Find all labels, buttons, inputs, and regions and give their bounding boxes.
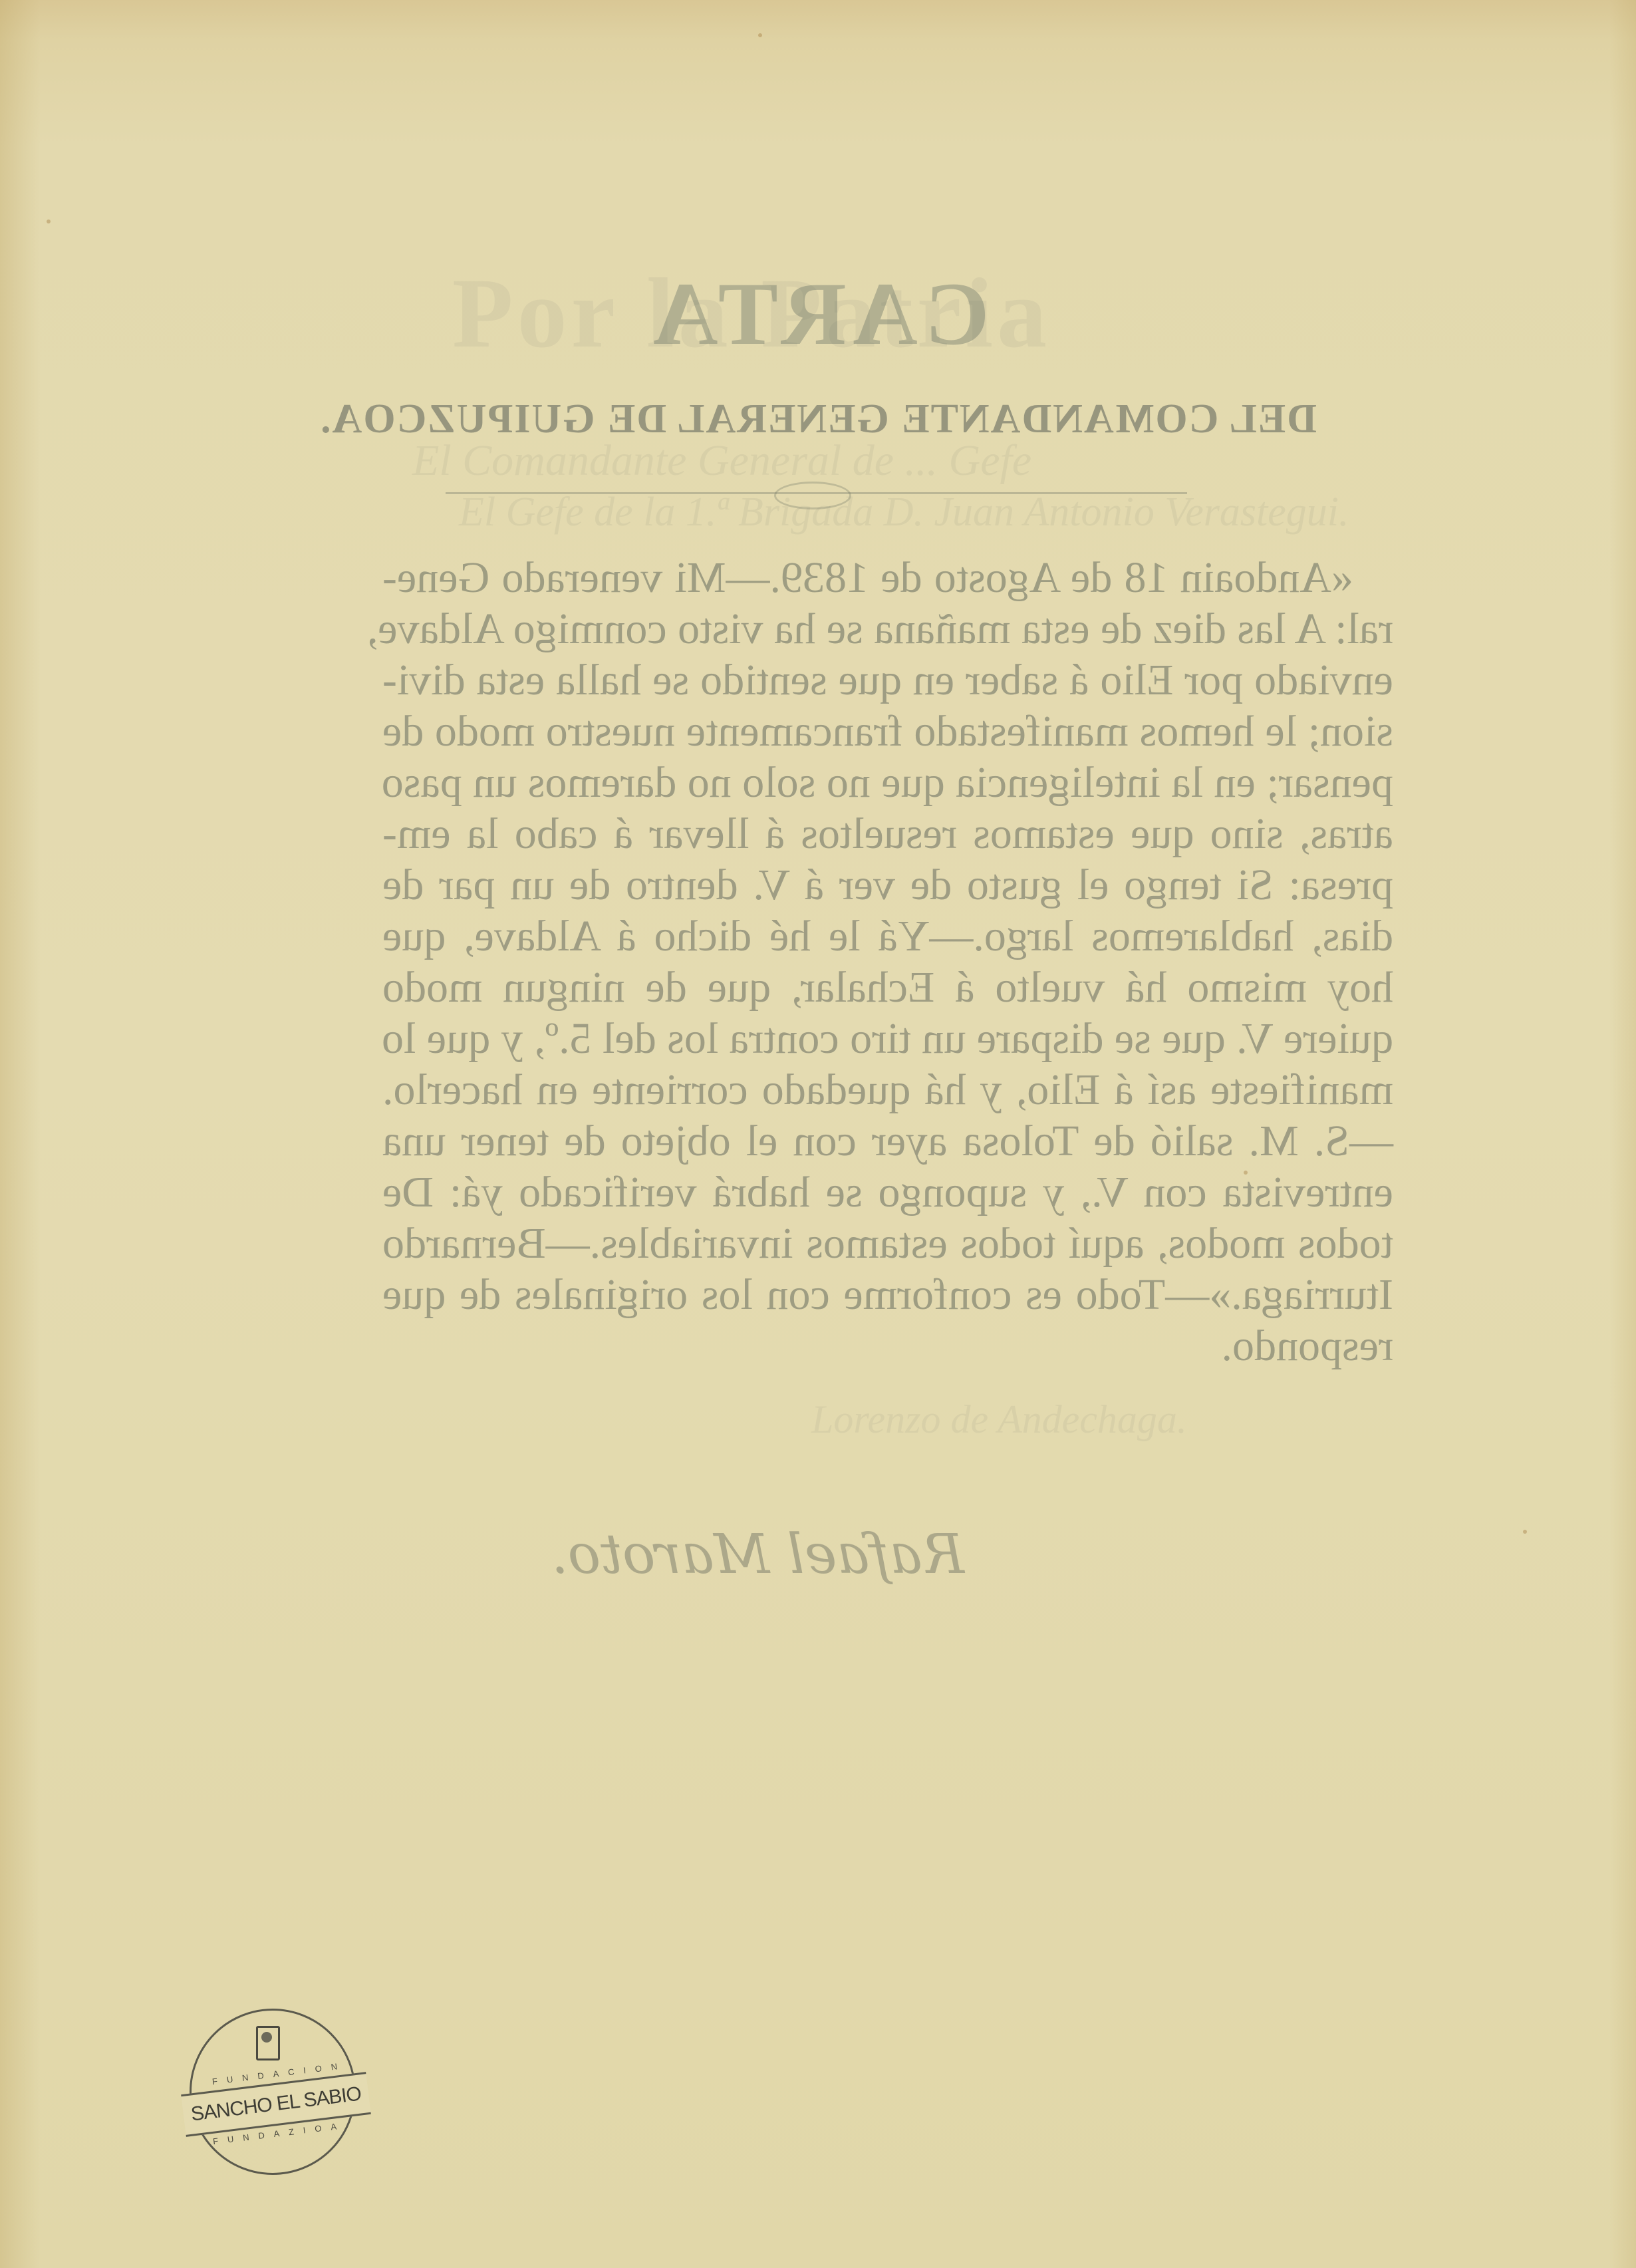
library-stamp: FUNDACION SANCHO EL SABIO FUNDAZIOA [190, 2009, 362, 2168]
body-line: todos modos, aquí todos estamos invariab… [382, 1218, 1393, 1269]
body-line: pensar; en la inteligencia que no solo n… [382, 757, 1393, 808]
document-subtitle: DEL COMANDANTE GENERAL DE GUIPUZCOA. [0, 396, 1636, 443]
paper-speck [758, 33, 762, 37]
signature: Rafael Maroto. [551, 1523, 964, 1586]
body-line: presa: Si tengo el gusto de ver á V. den… [382, 859, 1393, 911]
body-line: sion; le hemos manifestado francamente n… [382, 706, 1393, 757]
column-capital-logo-icon [256, 2026, 280, 2060]
document-page: Por la Patria El Comandante General de .… [0, 0, 1636, 2268]
body-line: —S. M. salió de Tolosa ayer con el objet… [382, 1115, 1393, 1167]
body-line: Iturriaga.»—Todo es conforme con los ori… [382, 1269, 1393, 1320]
paper-speck [1244, 1171, 1248, 1175]
rule-ornament-icon [774, 482, 851, 509]
body-line: manifieste así á Elio, y há quedado corr… [382, 1064, 1393, 1115]
body-line: dias, hablaremos largo.—Yá le hé dicho á… [382, 911, 1393, 962]
body-line: enviado por Elio á saber en que sentido … [382, 654, 1393, 706]
body-line: «Andoain 18 de Agosto de 1839.—Mi venera… [382, 552, 1393, 603]
mirrored-bleed-through: CARTA DEL COMANDANTE GENERAL DE GUIPUZCO… [0, 0, 1636, 2268]
body-line: atras, sino que estamos resueltos á llev… [382, 808, 1393, 859]
paper-speck [1523, 1530, 1527, 1534]
body-line: respondo. [382, 1320, 1393, 1371]
body-line: quiere V. que se dispare un tiro contra … [382, 1013, 1393, 1064]
document-title: CARTA [0, 263, 1636, 366]
body-line: hoy mismo há vuelto á Echalar, que de ni… [382, 962, 1393, 1013]
body-line: entrevista con V., y supongo se habrá ve… [382, 1167, 1393, 1218]
body-line: ral: A las diez de esta mañana se ha vis… [382, 603, 1393, 654]
letter-body: «Andoain 18 de Agosto de 1839.—Mi venera… [382, 552, 1393, 1371]
paper-speck [47, 219, 51, 223]
